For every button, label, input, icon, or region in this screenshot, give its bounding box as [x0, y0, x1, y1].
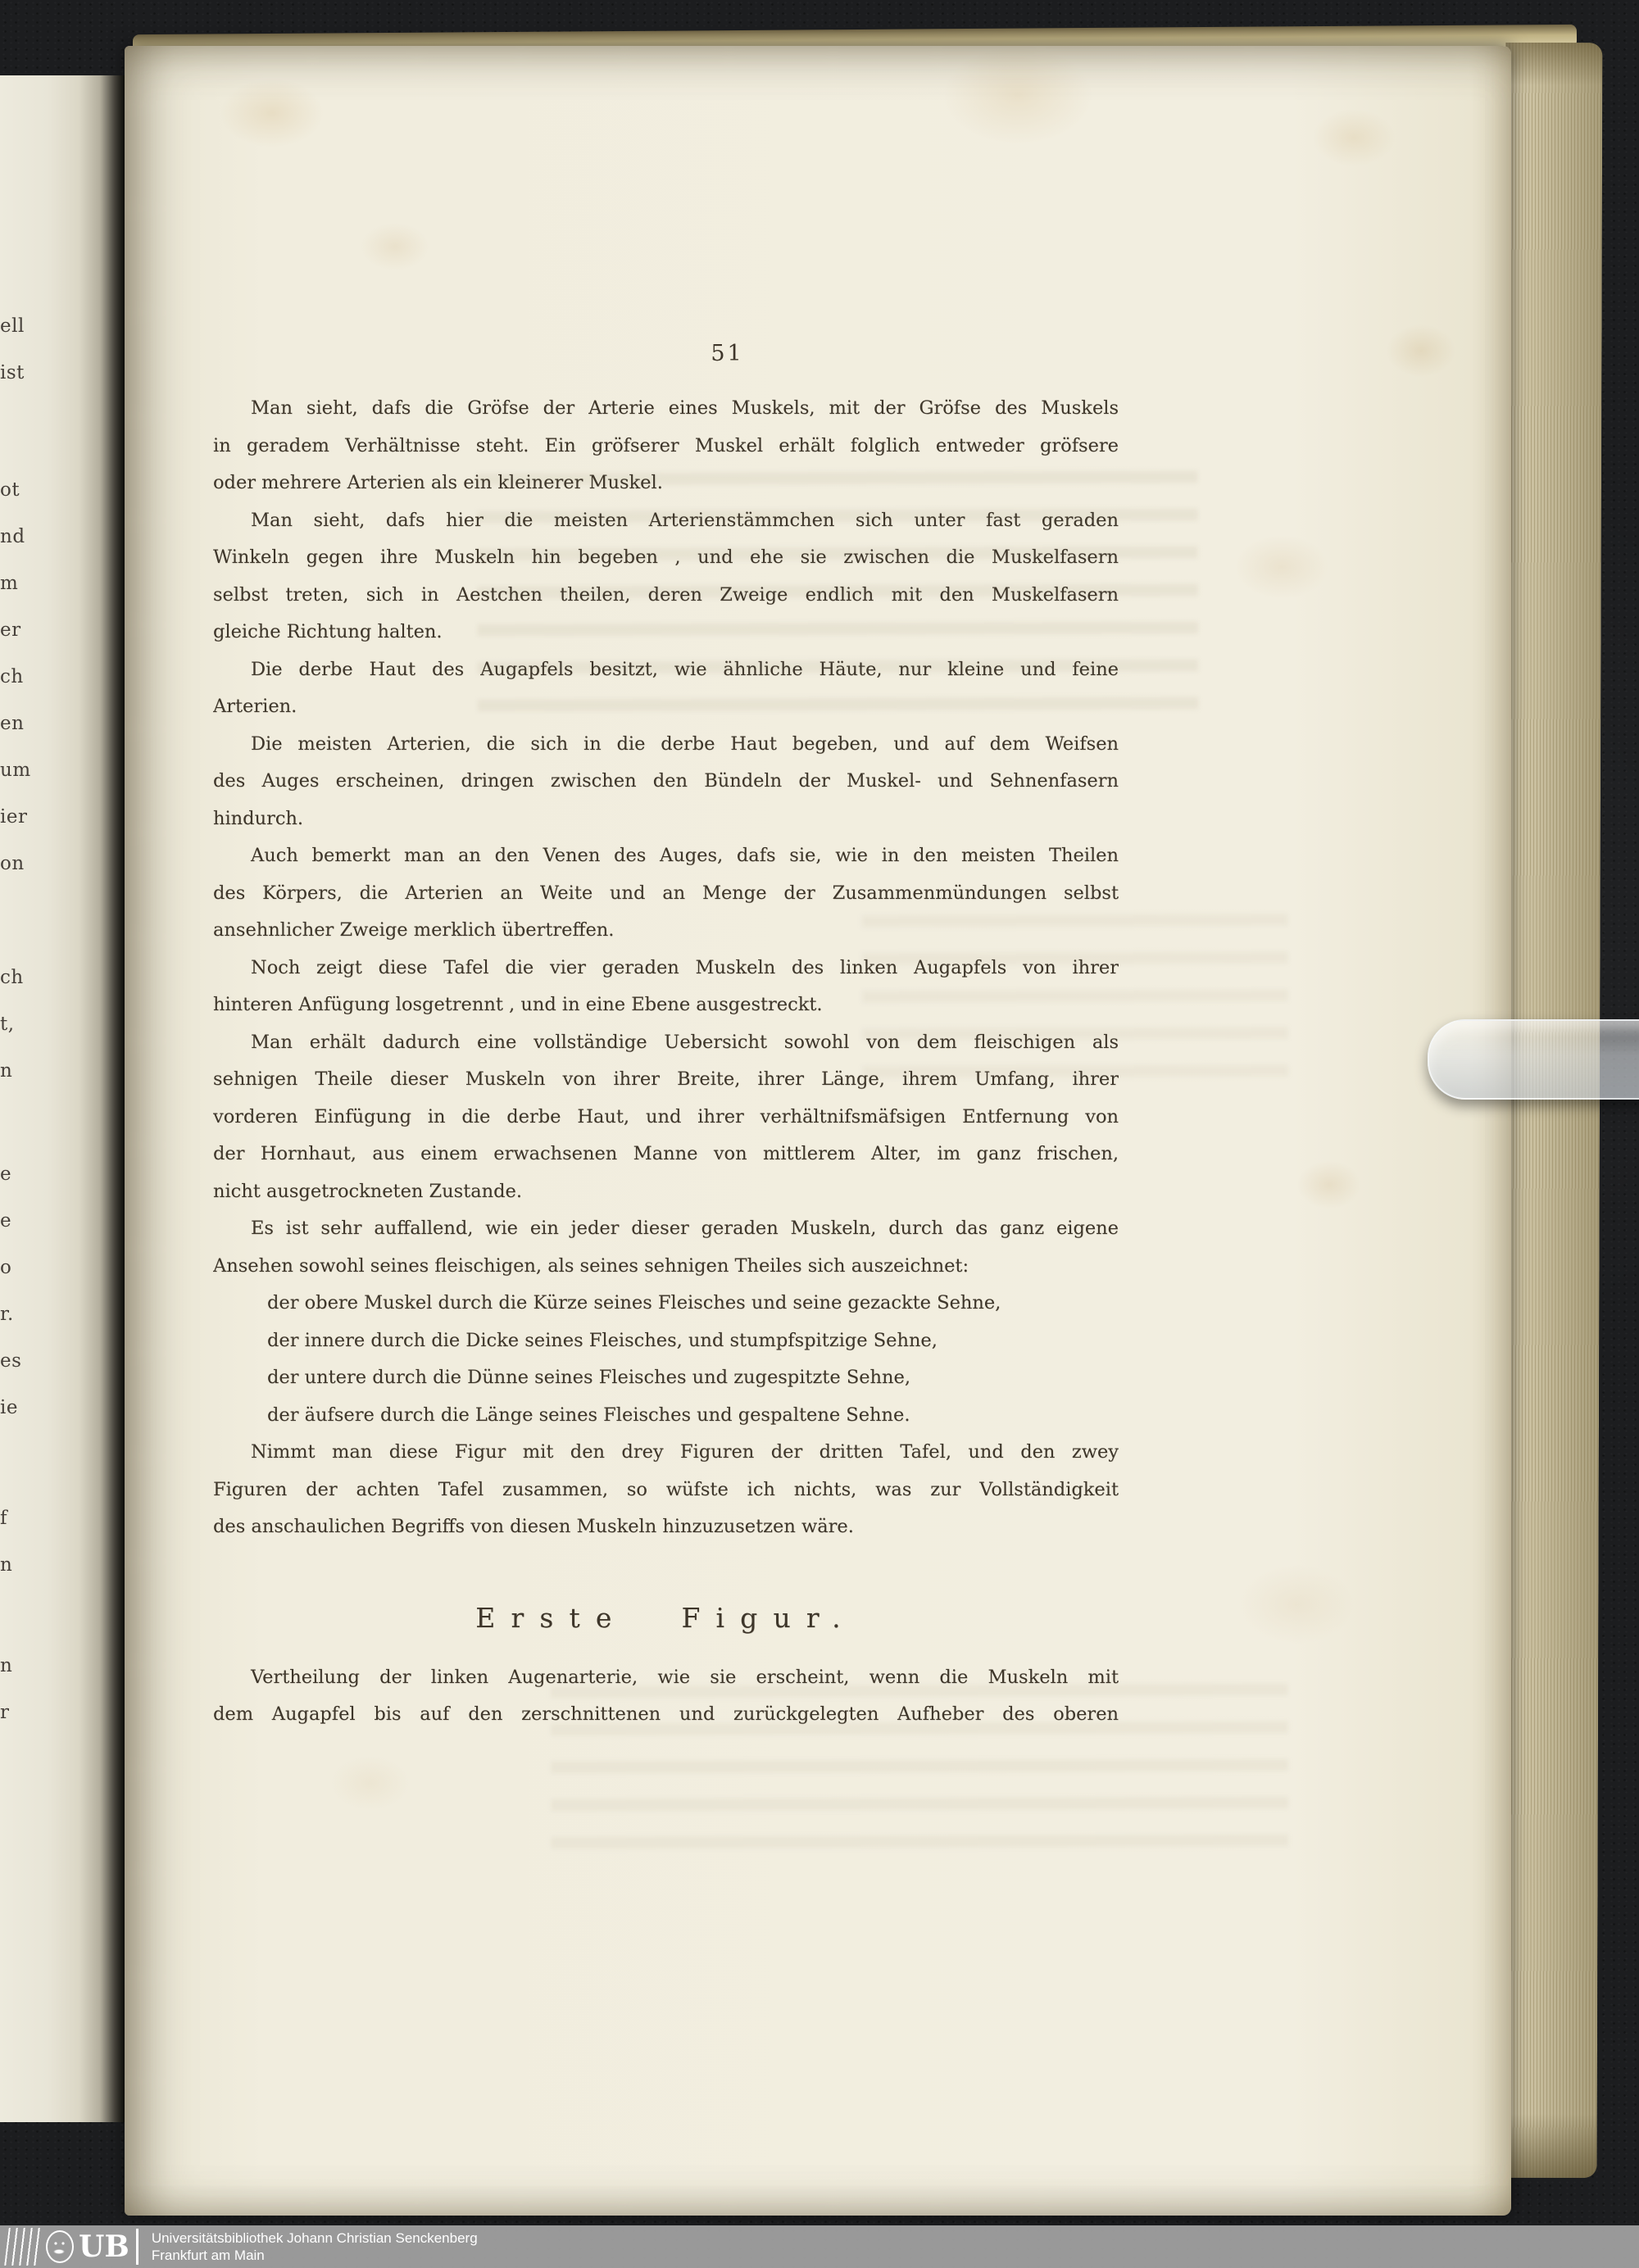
margin-fragment: ist — [0, 362, 36, 383]
body-line: in geradem Verhältnisse steht. Ein gröfs… — [213, 428, 1119, 465]
margin-fragment: ch — [0, 666, 36, 687]
margin-fragment: o — [0, 1257, 36, 1278]
body-line: Es ist sehr auffallend, wie ein jeder di… — [213, 1210, 1119, 1248]
body-line: ansehnlicher Zweige merklich übertreffen… — [213, 912, 1119, 950]
body-line: Man sieht, dafs die Gröfse der Arterie e… — [213, 390, 1119, 428]
margin-fragment: e — [0, 1163, 36, 1185]
body-line: Die derbe Haut des Augapfels besitzt, wi… — [213, 651, 1119, 689]
body-line: des anschaulichen Begriffs von diesen Mu… — [213, 1508, 1119, 1546]
margin-fragment: m — [0, 573, 36, 594]
watermark-bar: UB Universitätsbibliothek Johann Christi… — [0, 2225, 1639, 2268]
margin-fragment: n — [0, 1060, 36, 1082]
body-line: vorderen Einfügung in die derbe Haut, un… — [213, 1099, 1119, 1136]
margin-fragment: n — [0, 1655, 36, 1676]
watermark-institution: Universitätsbibliothek Johann Christian … — [152, 2229, 478, 2247]
margin-fragment: nd — [0, 526, 36, 547]
text-block: Man sieht, dafs die Gröfse der Arterie e… — [213, 390, 1119, 1734]
logo-divider — [136, 2229, 138, 2265]
body-line: selbst treten, sich in Aestchen theilen,… — [213, 577, 1119, 615]
body-line: der Hornhaut, aus einem erwachsenen Mann… — [213, 1136, 1119, 1173]
body-line: oder mehrere Arterien als ein kleinerer … — [213, 465, 1119, 502]
body-line: der innere durch die Dicke seines Fleisc… — [213, 1322, 1119, 1360]
margin-fragment: r. — [0, 1304, 36, 1325]
book-fore-edge — [1501, 43, 1603, 2178]
body-line: Arterien. — [213, 688, 1119, 726]
page-number: 51 — [213, 341, 1119, 366]
portrait-icon — [46, 2230, 74, 2263]
book-fan-icon — [4, 2228, 43, 2266]
body-line: nicht ausgetrockneten Zustande. — [213, 1173, 1119, 1211]
body-line: hinteren Anfügung losgetrennt , und in e… — [213, 987, 1119, 1024]
body-line: Figuren der achten Tafel zusammen, so wü… — [213, 1472, 1119, 1509]
ub-logo-text: UB — [79, 2228, 129, 2266]
body-line: Noch zeigt diese Tafel die vier geraden … — [213, 950, 1119, 987]
margin-fragment: f — [0, 1508, 36, 1529]
scanned-book-photo: ellistotndmerchenumieroncht,neeor.esiefn… — [0, 0, 1639, 2268]
body-line: hindurch. — [213, 801, 1119, 838]
margin-fragment: e — [0, 1210, 36, 1232]
body-line: der äufsere durch die Länge seines Fleis… — [213, 1397, 1119, 1435]
watermark-city: Frankfurt am Main — [152, 2247, 478, 2264]
facing-page-strip: ellistotndmerchenumieroncht,neeor.esiefn… — [0, 75, 125, 2122]
margin-fragment: es — [0, 1350, 36, 1372]
body-line: Vertheilung der linken Augenarterie, wie… — [213, 1659, 1119, 1697]
body-line: Man erhält dadurch eine vollständige Ueb… — [213, 1024, 1119, 1062]
page-holder-strip — [1428, 1019, 1639, 1100]
figure-heading: Erste Figur. — [213, 1599, 1119, 1638]
margin-fragment: um — [0, 760, 36, 781]
margin-fragment: n — [0, 1554, 36, 1576]
body-line: gleiche Richtung halten. — [213, 614, 1119, 651]
watermark-text: Universitätsbibliothek Johann Christian … — [152, 2229, 478, 2264]
margin-fragment: ell — [0, 315, 36, 337]
book-page: 51 Man sieht, dafs die Gröfse der Arteri… — [125, 46, 1511, 2216]
body-line: des Körpers, die Arterien an Weite und a… — [213, 875, 1119, 913]
body-line: Man sieht, dafs hier die meisten Arterie… — [213, 502, 1119, 540]
margin-fragment: r — [0, 1702, 36, 1723]
margin-fragment: ot — [0, 479, 36, 501]
margin-fragment: en — [0, 713, 36, 734]
body-line: der obere Muskel durch die Kürze seines … — [213, 1285, 1119, 1322]
margin-fragment: t, — [0, 1014, 36, 1035]
margin-fragment: on — [0, 853, 36, 874]
margin-fragment: ie — [0, 1397, 36, 1418]
body-line: des Auges erscheinen, dringen zwischen d… — [213, 763, 1119, 801]
body-line: Ansehen sowohl seines fleischigen, als s… — [213, 1248, 1119, 1286]
margin-fragment: ier — [0, 806, 36, 828]
body-line: Nimmt man diese Figur mit den drey Figur… — [213, 1434, 1119, 1472]
margin-fragment: ch — [0, 967, 36, 988]
body-line: Auch bemerkt man an den Venen des Auges,… — [213, 837, 1119, 875]
body-line: Die meisten Arterien, die sich in die de… — [213, 726, 1119, 764]
ub-logo: UB — [7, 2228, 138, 2266]
margin-fragment: er — [0, 619, 36, 641]
body-line: der untere durch die Dünne seines Fleisc… — [213, 1359, 1119, 1397]
body-line: Winkeln gegen ihre Muskeln hin begeben ,… — [213, 539, 1119, 577]
body-line: dem Augapfel bis auf den zerschnittenen … — [213, 1696, 1119, 1734]
body-line: sehnigen Theile dieser Muskeln von ihrer… — [213, 1061, 1119, 1099]
